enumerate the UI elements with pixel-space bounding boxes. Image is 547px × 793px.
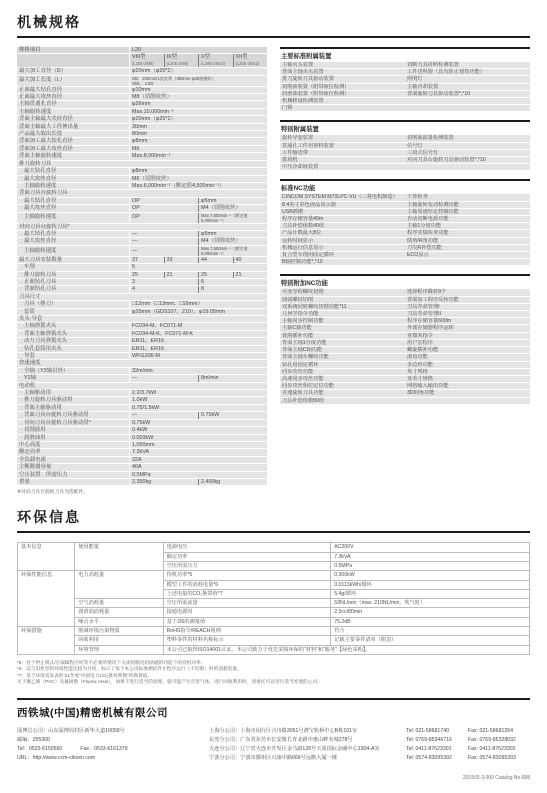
- eco-row: 环保措施削减环境污染物质RoHS指令/REACH规则符合: [18, 627, 530, 636]
- accessory-item-left: 运转时间显示: [280, 238, 405, 244]
- spec-row: 电动机: [17, 383, 267, 389]
- accessory-item-right: [405, 98, 530, 104]
- accessory-row: B轴控制功能*,*10: [280, 259, 530, 265]
- eco-cell: 待机功率*5: [163, 571, 331, 580]
- accessory-item-left: 8.4英寸彩色液晶显示器: [280, 202, 405, 208]
- accessory-item-left: 可变导程螺纹切削: [280, 289, 405, 295]
- accessory-item-right: 主轴冷却装置: [405, 84, 530, 90]
- hq-zip: 邮编：255300: [17, 736, 195, 745]
- accessory-item-right: 背面旋转刀具驱动装置*,*10: [405, 91, 530, 97]
- accessory-row: 复合型车削用固定循环ECO显示: [280, 252, 530, 258]
- branch-row: 东莞分公司：广东省东莞市长安镇长青北路中惠山畔名城278号Tel: 0769-8…: [209, 736, 530, 745]
- spec-value: 33: [164, 257, 199, 263]
- spec-row-label: 主断路器容量: [17, 464, 129, 470]
- spec-row: 最大攻丝直径OPM4（切削攻丝）: [17, 205, 267, 211]
- spec-row: 主轴弹簧夹头FC034-M、FC071-M: [17, 323, 267, 329]
- spec-value: 25: [198, 272, 233, 278]
- accessory-item-right: [405, 259, 530, 265]
- accessory-item-left: 几何学指令功能: [280, 311, 405, 317]
- eco-cell: 0.5MPa: [331, 561, 530, 570]
- spec-row: 背面刀具台旋转刀具驱动用—0.75kW: [17, 412, 267, 418]
- accessory-row: 排屑机对向刀具台旋转刀具驱动装置*,*10: [280, 157, 530, 163]
- accessory-item-right: [405, 105, 530, 111]
- spec-row-label: 主轴弹簧夹头: [17, 323, 129, 329]
- eco-cell: 上述电量的CO₂换算值*7: [163, 589, 331, 598]
- spec-header-row: 规格项目L20: [17, 47, 267, 53]
- spec-value: 1,050mm: [130, 442, 267, 448]
- spec-value: 0.75kW: [130, 420, 267, 426]
- accessory-item-right: 切断刀具折断检测装置: [405, 62, 530, 68]
- accessory-item-right: 网络输入输出功能: [405, 383, 530, 389]
- accessory-row: 运转时间显示倒角/R角功能: [280, 238, 530, 244]
- spec-value: φ26mm: [130, 101, 267, 107]
- spec-row-label: 车削: [17, 264, 129, 270]
- eco-cell: 电源电压: [163, 543, 331, 552]
- accessory-row: 主轴C轴功能外部存储器程序运转: [280, 325, 530, 331]
- accessory-item-left: 产品计数最大8位: [280, 230, 405, 236]
- accessory-item-left: 润滑油装置（附带液位检测）: [280, 91, 405, 97]
- spec-row: 最大加工直径（D）φ20mm（φ25*2）: [17, 68, 267, 74]
- accessory-item-right: 多边形功能: [405, 362, 530, 368]
- spec-row-label: 正面最大钻孔直径: [17, 87, 129, 93]
- accessory-row: 背面主轴车螺纹功能滚齿功能: [280, 354, 530, 360]
- spec-value: 40A: [130, 464, 267, 470]
- spec-value: —: [130, 412, 198, 418]
- spec-row-label: 背面主轴最大工件伸出量: [17, 124, 129, 130]
- spec-row-label: 最大加工直径（D）: [17, 68, 129, 74]
- accessory-item-left: 背面主轴1分度功能: [280, 340, 405, 346]
- spec-row-label: 导套: [17, 353, 129, 359]
- spec-row: 主轴旋转速度OPMax.7,500min⁻¹（额定值6,000min⁻¹）: [17, 213, 267, 223]
- eco-row: 润滑油消耗量接通电源时2.5cc/80min: [18, 608, 530, 617]
- accessory-row: 机械运行信息显示刀尖R补偿功能: [280, 245, 530, 251]
- accessory-item-right: 信号灯: [405, 143, 530, 149]
- catalog-number: 201505-3,000 Catalog No.688: [463, 775, 530, 781]
- accessory-item-left: 机械移设检测装置: [280, 98, 405, 104]
- accessory-section-title: 标准NC功能: [280, 181, 530, 194]
- spec-row-label: 额定功率: [17, 449, 129, 455]
- accessory-item-left: 中压冷却液装置: [280, 164, 405, 170]
- accessory-item-right: 亚微米指令: [405, 333, 530, 339]
- spec-row: 最大加工长度（L）GB：200mm/1次夹紧（380mm·φ25规格时） GBL…: [17, 76, 267, 86]
- spec-row: 套筒φ25mm（GDS107、210）、φ19.05mm: [17, 309, 267, 315]
- eco-row: 环境管理本公司已取得ISO14001认证。本公司致力于优先采购环保的“材料”和“…: [18, 645, 530, 654]
- branch-fax: Fax: 0574-83095393: [468, 754, 530, 763]
- branch-address: 宁波分公司：宁波市鄞州区兴康中路666号远瞻大厦一楼: [209, 754, 406, 763]
- spec-row-label: 正面钻孔刀具: [17, 279, 129, 285]
- branches-block: 上海分公司：上海市闵行区合川路3051号漕宝轨桥中心B栋101室Tel: 021…: [209, 727, 530, 763]
- spec-value: OP: [130, 205, 198, 211]
- eco-cell: 基本信息: [18, 543, 75, 571]
- eco-cell: 5.4g/循环: [331, 589, 530, 598]
- spec-row-label: 排刀旋转刀具驱动用: [17, 397, 129, 403]
- accessory-item-right: 切削油流量检测装置: [405, 135, 530, 141]
- branch-fax: Fax: 0411-87623302: [468, 745, 530, 754]
- spec-row-label: 最大攻丝直径: [17, 205, 129, 211]
- accessory-item-right: 倒角/R角功能: [405, 238, 530, 244]
- eco-cell: 75.2dB: [331, 617, 530, 626]
- spec-row: 排刀旋转刀具25212521: [17, 272, 267, 278]
- spec-row-label: 背面主轴弹簧夹头: [17, 331, 129, 337]
- spec-model-cell: IX型(L20E-2M9): [164, 54, 199, 67]
- spec-value: φ10mm: [130, 87, 267, 93]
- accessory-row: 主轴同步控制功能程序存储容量600m: [280, 318, 530, 324]
- spec-value: 2,400kg: [198, 479, 267, 485]
- accessory-item-right: 英寸规格: [405, 369, 530, 375]
- spec-value: 6: [198, 279, 267, 285]
- eco-table-wrap: 基本信息使用能量电源电压AC200V额定功率7.3kVA空压所需压力0.5MPa…: [17, 542, 530, 685]
- accessory-item-right: 亚英寸规格: [405, 376, 530, 382]
- accessory-item-left: 高速同步攻丝功能: [280, 376, 405, 382]
- spec-value: 1.0kW: [130, 397, 267, 403]
- spec-footnote: ※对向刀具台旋转刀具为选配件。: [17, 488, 267, 495]
- spec-row-label: 最大钻孔直径: [17, 168, 129, 174]
- accessory-item-right: 自动切断电源功能: [405, 216, 530, 222]
- spec-row: 正面最大钻孔直径φ10mm: [17, 87, 267, 93]
- branch-fax: Fax: 0769-85328032: [468, 736, 530, 745]
- spec-row: 全轴（Y2轴以外）32m/min: [17, 368, 267, 374]
- eco-cell: 接通电源时: [163, 608, 331, 617]
- accessory-item-left: 主轴夹头装置: [280, 62, 405, 68]
- accessory-item-left: 刀具补偿组数80组: [280, 398, 405, 404]
- spec-value: M6: [130, 146, 267, 152]
- accessory-section-title: 特别附属装置: [280, 122, 530, 135]
- spec-value: Max.7,500min⁻¹（额定值6,000min⁻¹）: [198, 246, 267, 256]
- eco-cell: 润滑油消耗量: [75, 608, 163, 617]
- accessory-item-right: 程序实绩检查功能: [405, 230, 530, 236]
- accessory-item-left: 旋转导套装置: [280, 135, 405, 141]
- accessory-section-title: 主要标准附属装置: [280, 49, 530, 62]
- spec-value: 0.5MPa: [130, 472, 267, 478]
- spec-section-label: 夹头·导套: [17, 316, 267, 322]
- spec-value: 32A: [130, 457, 267, 463]
- accessory-item-left: 差速旋转刀具功能: [280, 390, 405, 396]
- spec-value: 40: [233, 257, 268, 263]
- eco-cell: 使用能量: [75, 543, 163, 571]
- spec-row: Y2轴—8m/min: [17, 375, 267, 381]
- spec-row-label: 背面刀具台旋转刀具驱动用: [17, 412, 129, 418]
- spec-value: φ20mm（φ25*2）: [130, 68, 267, 74]
- spec-row: 背面主轴最大夹持直径φ20mm（φ25*2）: [17, 116, 267, 122]
- spec-row-label: 对向刀具台旋转刀具驱动用*: [17, 420, 129, 426]
- spec-row-label: 钻孔套筒用夹头: [17, 346, 129, 352]
- spec-model-cell: XII型(L20E-2M12): [233, 54, 268, 67]
- spec-value: M4（切削攻丝）: [198, 238, 267, 244]
- accessory-row: 圆弧螺纹切削背面加工程序反转功能: [280, 297, 530, 303]
- spec-row-label: 最大刀具安装数量: [17, 257, 129, 263]
- hq-url: URL：http://www.ccm-citizen.com: [17, 754, 195, 763]
- accessory-item-left: 门锁: [280, 105, 405, 111]
- eco-cell: 噪音水平: [75, 617, 163, 626]
- spec-value: 44: [198, 257, 233, 263]
- accessory-row: 排刀旋转刀具驱动装置照明灯: [280, 76, 530, 82]
- accessory-row: 可变导程螺纹切削选择程序跳转9个: [280, 289, 530, 295]
- spec-row-label: 中心高度: [17, 442, 129, 448]
- spec-row-label: 最大攻丝直径: [17, 176, 129, 182]
- accessory-section: 特别附加NC功能可变导程螺纹切削选择程序跳转9个圆弧螺纹切削背面加工程序反转功能…: [280, 274, 530, 403]
- eco-cell: 环境管理: [75, 645, 163, 654]
- model-code: (L20E-2M12): [236, 61, 260, 67]
- spec-row-label: 主轴驱动用: [17, 390, 129, 396]
- accessory-row: 中压冷却液装置: [280, 164, 530, 170]
- spec-row: 排刀旋转刀具: [17, 161, 267, 167]
- accessory-row: 产品计数最大8位程序实绩检查功能: [280, 230, 530, 236]
- hq-telfax: Tel：0533-6150560Fax：0533-6161379: [17, 745, 195, 754]
- spec-row: 背面钻孔刀具48: [17, 286, 267, 292]
- eco-cell: 额定功率: [163, 552, 331, 561]
- accessory-item-right: 照明灯: [405, 76, 530, 82]
- accessory-item-left: 程序存储容量40m: [280, 216, 405, 222]
- spec-value: Max.6,000min⁻¹（额定值4,500min⁻¹）: [130, 183, 267, 189]
- branch-row: 大连分公司：辽宁省大连市开发区金马路128号天成国际金融中心1304-A室Tel…: [209, 745, 530, 754]
- spec-row: 背面加工最大攻丝直径M6: [17, 146, 267, 152]
- spec-value: 25: [130, 272, 164, 278]
- accessory-item-left: 背面主轴车螺纹功能: [280, 354, 405, 360]
- spec-row: 钻孔套筒用夹头ER11、ER16: [17, 346, 267, 352]
- accessory-item-right: 螺旋插补功能: [405, 347, 530, 353]
- spec-section-label: 电动机: [17, 383, 267, 389]
- spec-value: GB：200mm/1次夹紧（380mm·φ25规格时） GBL：2.5D: [130, 76, 267, 86]
- eco-cell: 53NL/min（max. 210NL/min、吹气时）: [331, 599, 530, 608]
- spec-value: Max.8,000min⁻¹: [130, 153, 267, 159]
- spec-value: 0.4kW: [130, 427, 267, 433]
- accessory-item-left: 排屑机: [280, 157, 405, 163]
- spec-value: φ20mm（φ25*2）: [130, 116, 267, 122]
- accessory-item-right: 刀具寿命管理II: [405, 311, 530, 317]
- spec-row: 全负载电流32A: [17, 457, 267, 463]
- spec-row: 对向刀具台旋转刀具*: [17, 224, 267, 230]
- accessory-item-right: 3D倒角功能: [405, 390, 530, 396]
- accessory-item-left: 贯通孔工件用顶料装置: [280, 143, 405, 149]
- spec-value: 21: [233, 272, 268, 278]
- spec-row: 中心高度1,050mm: [17, 442, 267, 448]
- spec-row-label: 背面加工最大钻孔直径: [17, 138, 129, 144]
- spec-section-label: 排刀旋转刀具: [17, 161, 267, 167]
- accessory-section: 标准NC功能CINCOM SYSTEM M70LPC-VU（三菱电机制造）干涉检…: [280, 179, 530, 265]
- spec-value: —: [130, 231, 198, 237]
- eco-cell: 2.5cc/80min: [331, 608, 530, 617]
- accessory-row: 钻孔用固定循环多边形功能: [280, 362, 530, 368]
- spec-row: 导套WFG206-M: [17, 353, 267, 359]
- spec-row: 最大刀具安装数量37334440: [17, 257, 267, 263]
- spec-row: 背面主轴旋转速度Max.8,000min⁻¹: [17, 153, 267, 159]
- spec-value: 7.3kVA: [130, 449, 267, 455]
- spec-section-label: 背面刀具台旋转刀具: [17, 190, 267, 196]
- accessory-item-left: USB插槽: [280, 209, 405, 215]
- spec-row: 刀具尺寸: [17, 294, 267, 300]
- accessory-row: 背面主轴C轴功能螺旋插补功能: [280, 347, 530, 353]
- spec-row: 最大钻孔直径OPφ5mm: [17, 198, 267, 204]
- spec-row: 背面主轴弹簧夹头FC034-M-K、FC071-M-K: [17, 331, 267, 337]
- accessory-item-right: 外部存储器程序运转: [405, 325, 530, 331]
- machine-spec-table: 规格项目L20VIII型(L20E-2M8)IX型(L20E-2M9)X型(L2…: [17, 47, 267, 495]
- accessory-item-right: [405, 164, 530, 170]
- spec-value: 2.2/3.7kW: [130, 390, 267, 396]
- accessory-row: 铣削插补功能亚微米指令: [280, 333, 530, 339]
- eco-cell: 削减环境污染物质: [75, 627, 163, 636]
- spec-value: OP: [130, 213, 198, 223]
- branch-tel: Tel: 0411-87623301: [406, 745, 468, 754]
- accessory-item-right: 干涉检查: [405, 194, 530, 200]
- spec-section-label: 刀具尺寸: [17, 294, 267, 300]
- accessory-row: CINCOM SYSTEM M70LPC-VU（三菱电机制造）干涉检查: [280, 194, 530, 200]
- accessory-item-left: 圆弧螺纹切削: [280, 297, 405, 303]
- accessory-item-right: 工件送料器（具有防止划伤功能）: [405, 69, 530, 75]
- spec-series-label: L20: [130, 47, 267, 53]
- accessory-row: 背面主轴1分度功能用户宏程序: [280, 340, 530, 346]
- spec-value: φ8mm: [130, 168, 267, 174]
- accessory-item-right: 对向刀具台旋转刀具驱动装置*,*10: [405, 157, 530, 163]
- accessory-item-right: 刀尖R补偿功能: [405, 245, 530, 251]
- eco-row: 环保性能信息电力消耗量待机功率*50.300kW: [18, 571, 530, 580]
- spec-row-label: 切削液用: [17, 427, 129, 433]
- accessory-item-right: 选择程序跳转9个: [405, 289, 530, 295]
- accessory-row: 机械移设检测装置: [280, 98, 530, 104]
- spec-rows: 规格项目L20VIII型(L20E-2M8)IX型(L20E-2M9)X型(L2…: [17, 47, 267, 485]
- spec-row-label: 重量: [17, 479, 129, 485]
- headquarters-block: 淄博总公司：山东淄博周村区新华大道10058号邮编：255300Tel：0533…: [17, 727, 195, 763]
- spec-row: 正面钻孔刀具36: [17, 279, 267, 285]
- spec-row: 背面加工最大钻孔直径φ8mm: [17, 138, 267, 144]
- spec-row-label: 套筒: [17, 309, 129, 315]
- spec-row-label: 主轴贯通孔直径: [17, 101, 129, 107]
- section-title-specs: 机械规格: [17, 12, 530, 32]
- accessory-row: USB插槽主轴周速恒定控制功能: [280, 209, 530, 215]
- accessory-item-left: 排刀旋转刀具驱动装置: [280, 76, 405, 82]
- accessory-item-left: 背面主轴夹头装置: [280, 69, 405, 75]
- spec-row: 排刀旋转刀具驱动用1.0kW: [17, 397, 267, 403]
- spec-value: 30mm: [130, 124, 267, 130]
- accessory-item-right: ECO显示: [405, 252, 530, 258]
- accessory-item-left: 主轴同步控制功能: [280, 318, 405, 324]
- spec-model-cell: X型(L20E-2M10): [198, 54, 233, 67]
- spec-row-label: 最大钻孔直径: [17, 231, 129, 237]
- eco-row: 噪音水平基于JIS的测量值75.2dB: [18, 617, 530, 626]
- spec-row-label: 主轴旋转速度: [17, 183, 129, 189]
- branch-row: 宁波分公司：宁波市鄞州区兴康中路666号远瞻大厦一楼Tel: 0574-8309…: [209, 754, 530, 763]
- spec-row-label: 背面主轴旋转速度: [17, 153, 129, 159]
- spec-row-label: 背面主轴驱动用: [17, 405, 129, 411]
- eco-cell: 电力消耗量: [75, 571, 163, 599]
- company-name: 西铁城(中国)精密机械有限公司: [17, 705, 530, 720]
- eco-cell: 基于JIS的测量值: [163, 617, 331, 626]
- eco-footnote: 关于聚乙烯（PVC）及氟树脂（Fluoric resin），如果不进行适当的处理…: [17, 679, 530, 685]
- accessory-item-right: 背面加工程序反转功能: [405, 297, 530, 303]
- spec-row-label: 背面钻孔刀具: [17, 286, 129, 292]
- spec-value: 5: [130, 264, 267, 270]
- spec-row: 主轴旋转速度Max.6,000min⁻¹（额定值4,500min⁻¹）: [17, 183, 267, 189]
- eco-cell: 回收利用: [75, 636, 163, 645]
- accessory-row: 高速同步攻丝功能亚英寸规格: [280, 376, 530, 382]
- accessory-row: 8.4英寸彩色液晶显示器主轴旋转变动检测功能: [280, 202, 530, 208]
- spec-value: 3: [130, 279, 198, 285]
- spec-row-label: 最大加工长度（L）: [17, 76, 129, 86]
- eco-cell: 0.300kW: [331, 571, 530, 580]
- title-rule-eco: [17, 531, 530, 533]
- spec-value: 80mm: [130, 131, 267, 137]
- spec-value: 21: [164, 272, 199, 278]
- spec-row: 刀具（排刀）□12mm（□13mm、□16mm）: [17, 301, 267, 307]
- accessory-item-right: 刀具寿命管理I: [405, 304, 530, 310]
- title-rule: [17, 36, 530, 38]
- spec-value: M4（切削攻丝）: [198, 205, 267, 211]
- spec-value: Max.7,500min⁻¹（额定值6,000min⁻¹）: [198, 213, 267, 223]
- spec-row: 背面主轴驱动用0.75/1.5kW: [17, 405, 267, 411]
- spec-value: ER11、ER16: [130, 338, 267, 344]
- accessory-item-left: 切削液装置（附带液位检测）: [280, 84, 405, 90]
- accessory-row: 切削液装置（附带液位检测）主轴冷却装置: [280, 84, 530, 90]
- accessory-row: 几何学指令功能刀具寿命管理II: [280, 311, 530, 317]
- spec-row: 重量2,350kg2,400kg: [17, 479, 267, 485]
- accessory-item-right: 三段式信号灯: [405, 150, 530, 156]
- accessory-row: 同步攻丝功能英寸规格: [280, 369, 530, 375]
- eco-cell: RoHS指令/REACH规则: [163, 627, 331, 636]
- eco-cell: 环保措施: [18, 627, 75, 655]
- spec-value: 2,350kg: [130, 479, 198, 485]
- eco-cell: 塑料零件的材料名称标示: [163, 636, 331, 645]
- spec-value: 32m/min: [130, 368, 267, 374]
- spec-row-label: 排刀旋转刀具: [17, 272, 129, 278]
- accessory-item-left: 同步攻丝相位定位功能: [280, 383, 405, 389]
- accessory-row: 门锁: [280, 105, 530, 111]
- accessory-item-left: 机械运行信息显示: [280, 245, 405, 251]
- spec-model-row: VIII型(L20E-2M8)IX型(L20E-2M9)X型(L20E-2M10…: [17, 54, 267, 67]
- eco-cell: 模型工件的消耗电量*6: [163, 580, 331, 589]
- accessory-row: 背面主轴夹头装置工件送料器（具有防止划伤功能）: [280, 69, 530, 75]
- branch-address: 上海分公司：上海市闵行区合川路3051号漕宝轨桥中心B栋101室: [209, 727, 406, 736]
- branch-address: 东莞分公司：广东省东莞市长安镇长青北路中惠山畔名城278号: [209, 736, 406, 745]
- accessory-row: 工件输送带三段式信号灯: [280, 150, 530, 156]
- spec-value: 0.003kW: [130, 435, 267, 441]
- model-code: (L20E-2M10): [201, 61, 225, 67]
- accessory-item-right: 主轴1分度功能: [405, 223, 530, 229]
- eco-row: 空气消耗量空压所需流量53NL/min（max. 210NL/min、吹气时）: [18, 599, 530, 608]
- eco-cell: 0.0113kWh/循环: [331, 580, 530, 589]
- spec-section-label: 快速速度: [17, 360, 267, 366]
- spec-value: φ5mm: [198, 231, 267, 237]
- spec-value: 0.75kW: [198, 412, 267, 418]
- spec-row: 额定功率7.3kVA: [17, 449, 267, 455]
- accessory-item-right: 用户宏程序: [405, 340, 530, 346]
- eco-cell: 空压所需压力: [163, 561, 331, 570]
- spec-value: φ25mm（GDS107、210）、φ19.05mm: [130, 309, 267, 315]
- spec-row: 夹头·导套: [17, 316, 267, 322]
- spec-value: —: [130, 246, 198, 256]
- branch-tel: Tel: 021-58681740: [406, 727, 468, 736]
- accessory-item-left: 刀具补偿组数40组: [280, 223, 405, 229]
- spec-value: 0.75/1.5kW: [130, 405, 267, 411]
- spec-row: 最大攻丝直径—M4（切削攻丝）: [17, 238, 267, 244]
- accessory-item-right: 滚齿功能: [405, 354, 530, 360]
- branch-tel: Tel: 0769-85346716: [406, 736, 468, 745]
- spec-row-label: 刀具（排刀）: [17, 301, 129, 307]
- accessory-item-right: 主轴周速恒定控制功能: [405, 209, 530, 215]
- eco-cell: AC200V: [331, 543, 530, 552]
- spec-header-label: 规格项目: [17, 47, 129, 53]
- accessory-row: 差速旋转刀具功能3D倒角功能: [280, 390, 530, 396]
- hq-address: 淄博总公司：山东淄博周村区新华大道10058号: [17, 727, 195, 736]
- spec-value: —: [130, 375, 198, 381]
- hq-tel: Tel：0533-6150560: [17, 746, 62, 752]
- spec-row: 产品最大取出长度80mm: [17, 131, 267, 137]
- spec-value: FC034-M、FC071-M: [130, 323, 267, 329]
- eco-cell: 符合: [331, 627, 530, 636]
- spec-row: 主轴旋转速度Max.10,000min⁻¹: [17, 109, 267, 115]
- spec-row: 主轴驱动用2.2/3.7kW: [17, 390, 267, 396]
- spec-row: 润滑油用0.003kW: [17, 435, 267, 441]
- accessory-item-right: 程序存储容量600m: [405, 318, 530, 324]
- spec-row-label: 主轴旋转速度: [17, 213, 129, 223]
